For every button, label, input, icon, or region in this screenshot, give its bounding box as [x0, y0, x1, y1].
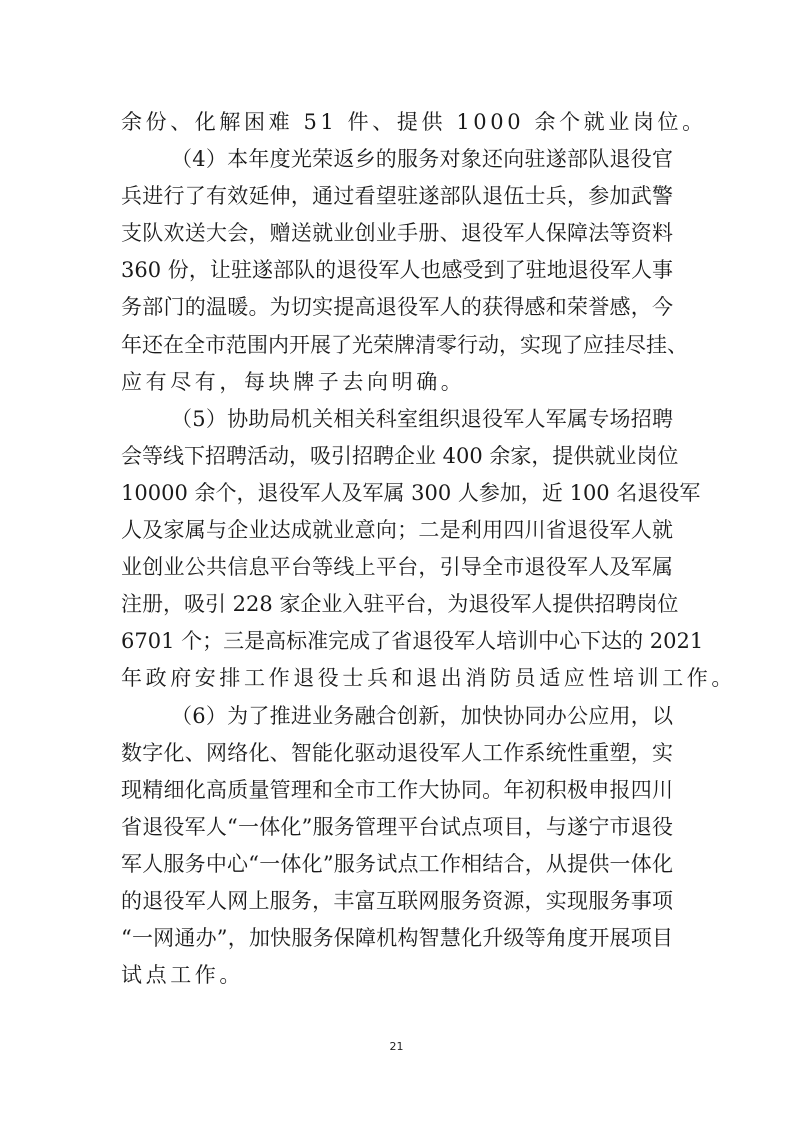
paragraph-item-4: （4）本年度光荣返乡的服务对象还向驻遂部队退役官 兵进行了有效延伸，通过看望驻遂… — [121, 141, 673, 401]
text-line: （4）本年度光荣返乡的服务对象还向驻遂部队退役官 — [121, 141, 673, 178]
text-line: 10000 余个，退役军人及军属 300 人参加，近 100 名退役军 — [121, 475, 673, 512]
text-line: 的退役军人网上服务，丰富互联网服务资源，实现服务事项 — [121, 883, 673, 920]
text-line: 省退役军人“一体化”服务管理平台试点项目，与遂宁市退役 — [121, 809, 673, 846]
page-number: 21 — [0, 1040, 793, 1053]
paragraph-continuation: 余份、化解困难 51 件、提供 1000 余个就业岗位。 — [121, 104, 673, 141]
text-line: 数字化、网络化、智能化驱动退役军人工作系统性重塑，实 — [121, 735, 673, 772]
text-line: 人及家属与企业达成就业意向；二是利用四川省退役军人就 — [121, 512, 673, 549]
paragraph-item-6: （6）为了推进业务融合创新，加快协同办公应用，以 数字化、网络化、智能化驱动退役… — [121, 698, 673, 995]
text-line: 6701 个；三是高标准完成了省退役军人培训中心下达的 2021 — [121, 623, 673, 660]
text-line: 应有尽有，每块牌子去向明确。 — [121, 364, 673, 401]
text-line: 现精细化高质量管理和全市工作大协同。年初积极申报四川 — [121, 772, 673, 809]
text-line: （5）协助局机关相关科室组织退役军人军属专场招聘 — [121, 401, 673, 438]
text-line: 360 份，让驻遂部队的退役军人也感受到了驻地退役军人事 — [121, 252, 673, 289]
text-line: “一网通办”，加快服务保障机构智慧化升级等角度开展项目 — [121, 920, 673, 957]
text-line: 支队欢送大会，赠送就业创业手册、退役军人保障法等资料 — [121, 215, 673, 252]
document-body: 余份、化解困难 51 件、提供 1000 余个就业岗位。 （4）本年度光荣返乡的… — [121, 104, 673, 994]
paragraph-item-5: （5）协助局机关相关科室组织退役军人军属专场招聘 会等线下招聘活动，吸引招聘企业… — [121, 401, 673, 698]
text-line: 兵进行了有效延伸，通过看望驻遂部队退伍士兵，参加武警 — [121, 178, 673, 215]
text-line: 余份、化解困难 51 件、提供 1000 余个就业岗位。 — [121, 104, 673, 141]
text-line: 业创业公共信息平台等线上平台，引导全市退役军人及军属 — [121, 549, 673, 586]
text-line: 注册，吸引 228 家企业入驻平台，为退役军人提供招聘岗位 — [121, 586, 673, 623]
text-line: 务部门的温暖。为切实提高退役军人的获得感和荣誉感，今 — [121, 289, 673, 326]
text-line: （6）为了推进业务融合创新，加快协同办公应用，以 — [121, 698, 673, 735]
text-line: 年政府安排工作退役士兵和退出消防员适应性培训工作。 — [121, 660, 673, 697]
text-line: 军人服务中心“一体化”服务试点工作相结合，从提供一体化 — [121, 846, 673, 883]
text-line: 年还在全市范围内开展了光荣牌清零行动，实现了应挂尽挂、 — [121, 327, 673, 364]
text-line: 试点工作。 — [121, 957, 673, 994]
text-line: 会等线下招聘活动，吸引招聘企业 400 余家，提供就业岗位 — [121, 438, 673, 475]
